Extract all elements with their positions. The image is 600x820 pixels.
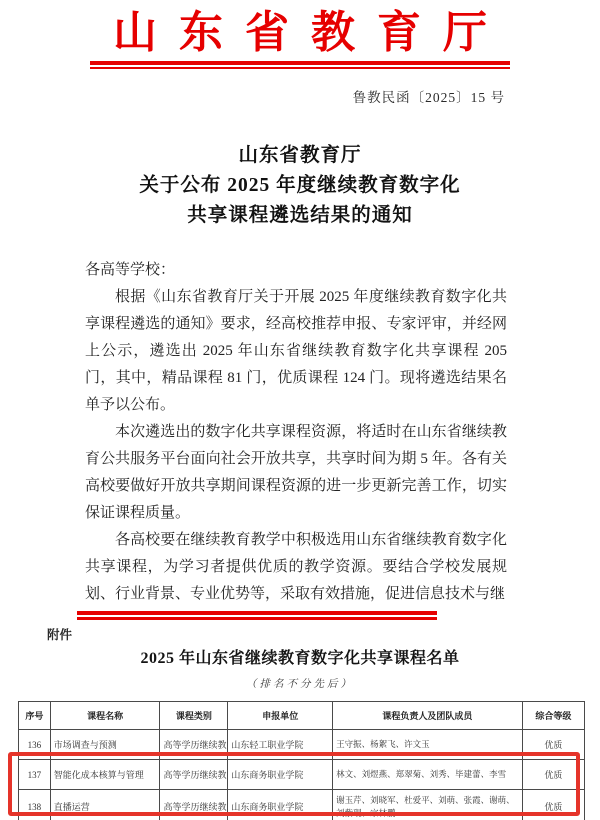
course-table: 序号 课程名称 课程类别 申报单位 课程负责人及团队成员 综合等级 136 市场… <box>18 701 585 820</box>
table-row-138: 138 直播运营 高等学历继续教育 山东商务职业学院 谢玉芹、刘晓军、杜爱平、刘… <box>19 790 585 820</box>
notice-body: 各高等学校： 根据《山东省教育厅关于开展 2025 年度继续教育数字化共享课程遴… <box>85 257 507 609</box>
table-title: 2025 年山东省继续教育数字化共享课程名单 <box>0 648 600 670</box>
document-page: 山东省教育厅 鲁教民函〔2025〕15 号 山东省教育厅 关于公布 2025 年… <box>0 0 600 820</box>
attachment-label: 附件 <box>47 627 600 643</box>
cell-unit: 山东轻工职业学院 <box>228 730 333 760</box>
table-row-136: 136 市场调查与预测 高等学历继续教育 山东轻工职业学院 王守振、杨絮飞、许文… <box>19 730 585 760</box>
cell-category: 高等学历继续教育 <box>160 790 228 820</box>
document-number: 鲁教民函〔2025〕15 号 <box>0 89 505 107</box>
col-header-course: 课程名称 <box>50 702 160 730</box>
col-header-unit: 申报单位 <box>228 702 333 730</box>
cell-team: 王守振、杨絮飞、许文玉 <box>333 730 523 760</box>
cell-course: 智能化成本核算与管理 <box>50 760 160 790</box>
salutation: 各高等学校： <box>85 257 507 284</box>
notice-title-line-1: 山东省教育厅 <box>0 141 600 171</box>
red-rule-thin <box>77 617 437 620</box>
cell-grade: 优质 <box>522 760 584 790</box>
cell-no: 137 <box>19 760 51 790</box>
cell-no: 138 <box>19 790 51 820</box>
section-divider <box>77 611 437 620</box>
cell-category: 高等学历继续教育 <box>160 760 228 790</box>
col-header-grade: 综合等级 <box>522 702 584 730</box>
body-paragraph-1: 根据《山东省教育厅关于开展 2025 年度继续教育数字化共享课程遴选的通知》要求… <box>85 284 507 419</box>
cell-grade: 优质 <box>522 730 584 760</box>
letterhead-divider <box>90 61 510 69</box>
cell-team: 林文、刘煜燕、郑翠菊、刘秀、毕建蕾、李雪 <box>333 760 523 790</box>
cell-unit: 山东商务职业学院 <box>228 760 333 790</box>
notice-title-line-3: 共享课程遴选结果的通知 <box>0 201 600 231</box>
col-header-team: 课程负责人及团队成员 <box>333 702 523 730</box>
col-header-no: 序号 <box>19 702 51 730</box>
col-header-category: 课程类别 <box>160 702 228 730</box>
cell-grade: 优质 <box>522 790 584 820</box>
table-subtitle: （排名不分先后） <box>0 678 600 692</box>
table-header-row: 序号 课程名称 课程类别 申报单位 课程负责人及团队成员 综合等级 <box>19 702 585 730</box>
notice-title-line-2: 关于公布 2025 年度继续教育数字化 <box>0 171 600 201</box>
agency-name: 山东省教育厅 <box>0 8 600 58</box>
cell-course: 直播运营 <box>50 790 160 820</box>
body-paragraph-3: 各高校要在继续教育教学中积极选用山东省继续教育数字化共享课程，为学习者提供优质的… <box>85 527 507 608</box>
table-row-137: 137 智能化成本核算与管理 高等学历继续教育 山东商务职业学院 林文、刘煜燕、… <box>19 760 585 790</box>
notice-title: 山东省教育厅 关于公布 2025 年度继续教育数字化 共享课程遴选结果的通知 <box>0 141 600 231</box>
body-paragraph-2: 本次遴选出的数字化共享课程资源，将适时在山东省继续教育公共服务平台面向社会开放共… <box>85 419 507 527</box>
cell-no: 136 <box>19 730 51 760</box>
cell-unit: 山东商务职业学院 <box>228 790 333 820</box>
cell-team: 谢玉芹、刘晓军、杜爱平、刘萌、张霞、谢萌、刘紫琨、宗林鹏 <box>333 790 523 820</box>
cell-category: 高等学历继续教育 <box>160 730 228 760</box>
cell-course: 市场调查与预测 <box>50 730 160 760</box>
letterhead: 山东省教育厅 鲁教民函〔2025〕15 号 <box>0 0 600 107</box>
red-rule-thin <box>90 67 510 69</box>
